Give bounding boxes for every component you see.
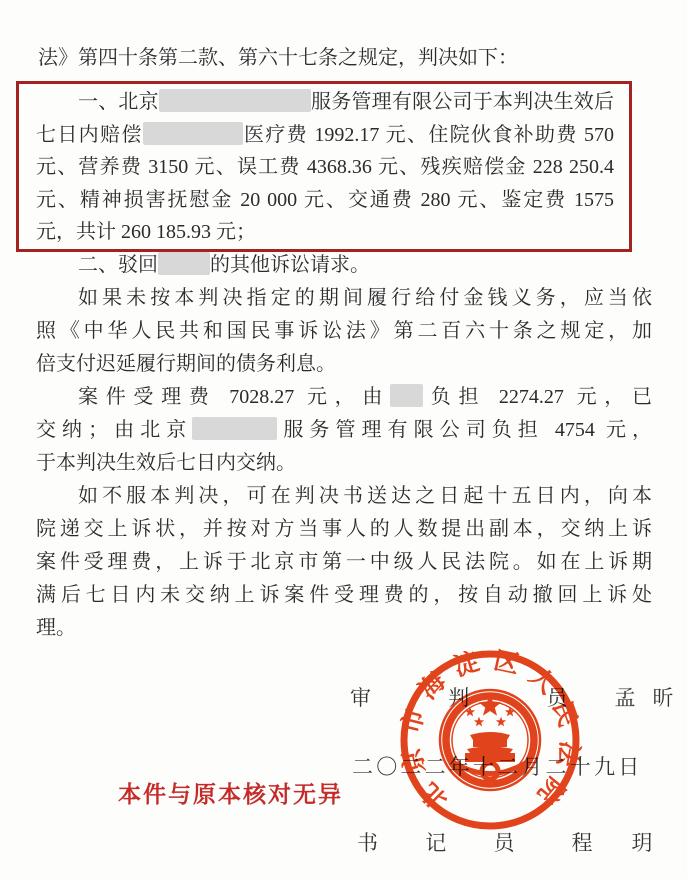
official-court-seal: 北京市海淀区人民法院 — [395, 645, 585, 835]
line-text: 一、北京 — [78, 91, 159, 113]
judgment-line: 于本判决生效后七日内交纳。 — [36, 447, 652, 480]
judgment-line: 交纳；由北京服务管理有限公司负担 4754 元， — [36, 414, 652, 447]
judgment-line: 院递交上诉状，并按对方当事人的人数提出副本，交纳上诉 — [36, 513, 652, 546]
line-text: 医疗费 1992.17 元、住院伙食补助费 570 — [243, 124, 614, 146]
line-text: 案件受理费 7028.27 元，由 — [78, 386, 390, 408]
judgment-document-page: 法》第四十条第二款、第六十七条之规定，判决如下： 一、北京服务管理有限公司于本判… — [0, 0, 687, 879]
emblem-small-star — [474, 717, 484, 727]
judgment-line: 满后七日内未交纳上诉案件受理费的，按自动撤回上诉处 — [36, 579, 652, 612]
line-text: 的其他诉讼请求。 — [210, 254, 370, 276]
judgment-line: 案件受理费 7028.27 元，由负担 2274.27 元，已 — [36, 381, 652, 414]
judgment-line: 案件受理费，上诉于北京市第一中级人民法院。如在上诉期 — [36, 546, 652, 579]
emblem-small-star — [465, 707, 475, 717]
redaction-person-name — [143, 122, 243, 145]
emblem-tiananmen — [465, 732, 515, 762]
redaction-company-name — [159, 89, 311, 112]
judgment-line: 如果未按本判决指定的期间履行给付金钱义务，应当依 — [36, 282, 652, 315]
judgment-line: 如不服本判决，可在判决书送达之日起十五日内，向本 — [36, 480, 652, 513]
line-text: 服务管理有限公司于本判决生效后 — [311, 91, 614, 113]
intro-line: 法》第四十条第二款、第六十七条之规定，判决如下： — [38, 42, 654, 75]
judgment-line: 七日内赔偿医疗费 1992.17 元、住院伙食补助费 570 — [36, 119, 614, 152]
judgment-line: 二、驳回的其他诉讼请求。 — [36, 249, 652, 282]
clerk-name: 程玥 — [572, 831, 687, 855]
line-text: 交纳；由北京 — [36, 419, 192, 441]
judgment-item-1: 一、北京服务管理有限公司于本判决生效后 七日内赔偿医疗费 1992.17 元、住… — [36, 86, 614, 249]
judgment-body: 二、驳回的其他诉讼请求。 如果未按本判决指定的期间履行给付金钱义务，应当依 照《… — [36, 249, 652, 645]
emblem-small-star — [496, 717, 506, 727]
emblem-small-star — [505, 707, 515, 717]
judgment-line: 理。 — [36, 612, 652, 645]
line-text: 服务管理有限公司负担 4754 元， — [277, 419, 652, 441]
redaction-person-name — [390, 384, 423, 407]
copy-verification-note: 本件与原本核对无异 — [118, 776, 343, 809]
judgment-line: 一、北京服务管理有限公司于本判决生效后 — [36, 86, 614, 119]
redaction-person-name — [158, 252, 210, 275]
judgment-line: 元，共计 260 185.93 元； — [36, 216, 614, 249]
line-text: 七日内赔偿 — [36, 124, 143, 146]
judgment-line: 倍支付迟延履行期间的债务利息。 — [36, 348, 652, 381]
judgment-line: 元、精神损害抚慰金 20 000 元、交通费 280 元、鉴定费 1575 — [36, 184, 614, 217]
judgment-line: 照《中华人民共和国民事诉讼法》第二百六十条之规定，加 — [36, 315, 652, 348]
judge-name: 孟昕伟 — [615, 686, 687, 710]
redaction-company-name — [192, 417, 277, 440]
line-text: 负担 2274.27 元，已 — [423, 386, 652, 408]
judgment-line: 元、营养费 3150 元、误工费 4368.36 元、残疾赔偿金 228 250… — [36, 151, 614, 184]
court-seal-graphic: 北京市海淀区人民法院 — [395, 645, 585, 835]
line-text: 二、驳回 — [78, 254, 158, 276]
